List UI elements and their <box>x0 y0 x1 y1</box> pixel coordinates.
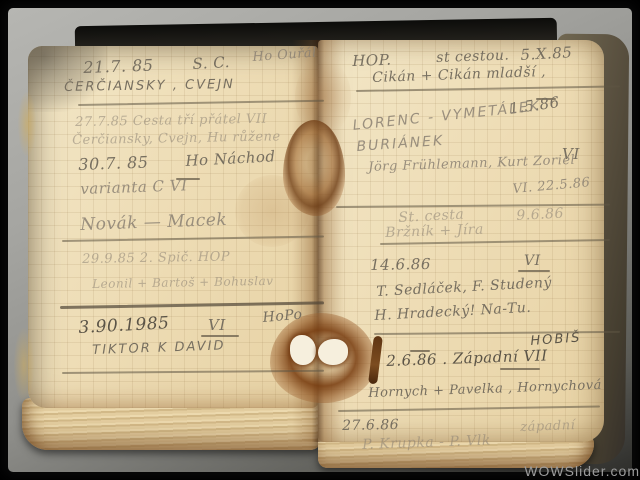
handwritten-line: st cestou. <box>436 47 510 66</box>
handwritten-line: varianta C VI <box>80 176 188 198</box>
stain-hole-left <box>290 335 316 365</box>
handwritten-line: HOP. <box>352 51 392 70</box>
handwritten-line: 14.6.86 <box>370 255 431 274</box>
handwritten-line: VI <box>208 316 226 334</box>
handwritten-line: 29.9.85 2. Spič. HOP <box>82 249 230 267</box>
handwritten-line: ČERČIANSKY , CVEJN <box>64 77 235 95</box>
underline-mark <box>518 270 550 272</box>
handwritten-line: 30.7. 85 <box>78 153 149 174</box>
handwritten-line: 9.6.86 <box>516 206 564 224</box>
stain-hole-right <box>318 339 348 365</box>
underline-mark <box>201 335 239 337</box>
handwritten-line: 5.X.85 <box>520 43 573 64</box>
handwritten-line: VI <box>524 253 541 269</box>
handwritten-line: 21.7. 85 <box>83 56 154 77</box>
wowslider-watermark-link[interactable]: WOWSlider.com <box>524 463 640 479</box>
underline-mark <box>500 368 540 370</box>
slider-frame: 21.7. 85 S. C. Ho Ouřál ČERČIANSKY , CVE… <box>0 0 640 480</box>
handwritten-line: 27.6.86 <box>342 417 399 434</box>
handwritten-line: západní <box>520 418 576 435</box>
handwritten-line: Bržník + Jíra <box>385 222 484 241</box>
handwritten-line: S. C. <box>192 53 230 73</box>
notebook-photo: 21.7. 85 S. C. Ho Ouřál ČERČIANSKY , CVE… <box>8 8 632 472</box>
